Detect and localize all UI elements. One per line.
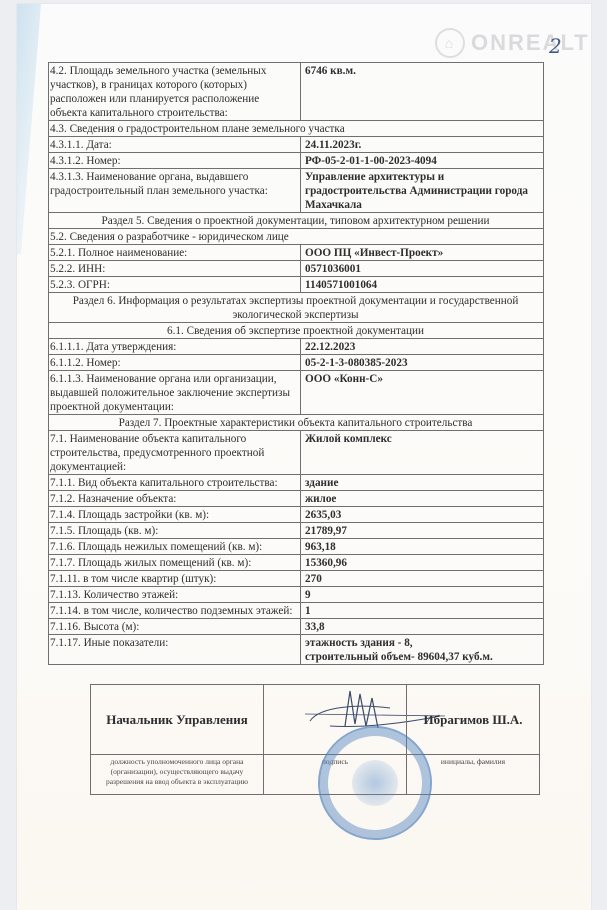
section-heading: 6.1. Сведения об экспертизе проектной до… [49, 323, 544, 339]
table-row: 5.2.3. ОГРН:1140571001064 [49, 277, 544, 293]
row-label: 7.1.6. Площадь нежилых помещений (кв. м)… [49, 539, 301, 555]
table-row: 5.2.1. Полное наименование:ООО ПЦ «Инвес… [49, 245, 544, 261]
table-row: 6.1.1.1. Дата утверждения:22.12.2023 [49, 339, 544, 355]
row-label: 7.1.16. Высота (м): [49, 619, 301, 635]
table-row: 7.1.5. Площадь (кв. м):21789,97 [49, 523, 544, 539]
row-label: 7.1.2. Назначение объекта: [49, 491, 301, 507]
table-row: Раздел 7. Проектные характеристики объек… [49, 415, 544, 431]
watermark: ⌂ ONREALT [435, 28, 590, 58]
row-label: 6.1.1.2. Номер: [49, 355, 301, 371]
row-value: 963,18 [301, 539, 544, 555]
row-label: 6.1.1.1. Дата утверждения: [49, 339, 301, 355]
section-heading: Раздел 7. Проектные характеристики объек… [49, 415, 544, 431]
row-value: 15360,96 [301, 555, 544, 571]
row-label: 4.3.1.1. Дата: [49, 137, 301, 153]
table-row: 4.3.1.3. Наименование органа, выдавшего … [49, 169, 544, 213]
subsection-heading: 5.2. Сведения о разработчике - юридическ… [49, 229, 544, 245]
row-value: ООО ПЦ «Инвест-Проект» [301, 245, 544, 261]
table-row: 7.1. Наименование объекта капитального с… [49, 431, 544, 475]
row-label: 4.2. Площадь земельного участка (земельн… [49, 63, 301, 121]
table-row: 6.1. Сведения об экспертизе проектной до… [49, 323, 544, 339]
row-value: жилое [301, 491, 544, 507]
row-label: 7.1. Наименование объекта капитального с… [49, 431, 301, 475]
row-value: 1 [301, 603, 544, 619]
table-row: Раздел 6. Информация о результатах экспе… [49, 293, 544, 323]
row-value: 05-2-1-3-080385-2023 [301, 355, 544, 371]
permit-details-table: 4.2. Площадь земельного участка (земельн… [48, 62, 544, 665]
table-row: 4.3.1.2. Номер:РФ-05-2-01-1-00-2023-4094 [49, 153, 544, 169]
table-row: 7.1.16. Высота (м):33,8 [49, 619, 544, 635]
row-label: 7.1.4. Площадь застройки (кв. м): [49, 507, 301, 523]
table-row: 4.3. Сведения о градостроительном плане … [49, 121, 544, 137]
table-row: 7.1.6. Площадь нежилых помещений (кв. м)… [49, 539, 544, 555]
table-row: 7.1.14. в том числе, количество подземны… [49, 603, 544, 619]
row-value: здание [301, 475, 544, 491]
signer-name: Ибрагимов Ш.А. [407, 685, 540, 755]
signer-position: Начальник Управления [91, 685, 264, 755]
row-value: 33,8 [301, 619, 544, 635]
row-value: ООО «Конн-С» [301, 371, 544, 415]
row-label: 6.1.1.3. Наименование органа или организ… [49, 371, 301, 415]
table-row: 7.1.2. Назначение объекта:жилое [49, 491, 544, 507]
table-row: 6.1.1.3. Наименование органа или организ… [49, 371, 544, 415]
coat-of-arms-icon [349, 757, 401, 809]
table-row: Раздел 5. Сведения о проектной документа… [49, 213, 544, 229]
row-label: 5.2.3. ОГРН: [49, 277, 301, 293]
row-label: 7.1.14. в том числе, количество подземны… [49, 603, 301, 619]
row-value: 22.12.2023 [301, 339, 544, 355]
table-row: 7.1.11. в том числе квартир (штук):270 [49, 571, 544, 587]
table-row: 5.2. Сведения о разработчике - юридическ… [49, 229, 544, 245]
house-icon: ⌂ [435, 28, 465, 58]
row-value: 6746 кв.м. [301, 63, 544, 121]
row-value: 24.11.2023г. [301, 137, 544, 153]
page-number: 2 [549, 34, 562, 58]
table-row: 6.1.1.2. Номер:05-2-1-3-080385-2023 [49, 355, 544, 371]
table-row: 4.3.1.1. Дата:24.11.2023г. [49, 137, 544, 153]
row-label: 7.1.5. Площадь (кв. м): [49, 523, 301, 539]
row-value: 270 [301, 571, 544, 587]
row-label: 7.1.17. Иные показатели: [49, 635, 301, 665]
table-row: 7.1.4. Площадь застройки (кв. м):2635,03 [49, 507, 544, 523]
row-value: 2635,03 [301, 507, 544, 523]
section-heading: Раздел 5. Сведения о проектной документа… [49, 213, 544, 229]
row-value: Управление архитектуры и градостроительс… [301, 169, 544, 213]
section-heading: Раздел 6. Информация о результатах экспе… [49, 293, 544, 323]
row-value: 0571036001 [301, 261, 544, 277]
subsection-heading: 4.3. Сведения о градостроительном плане … [49, 121, 544, 137]
table-row: 7.1.1. Вид объекта капитального строител… [49, 475, 544, 491]
table-row: 7.1.13. Количество этажей:9 [49, 587, 544, 603]
watermark-text: ONREALT [471, 30, 590, 56]
row-label: 7.1.1. Вид объекта капитального строител… [49, 475, 301, 491]
row-value: этажность здания - 8, строительный объем… [301, 635, 544, 665]
row-label: 5.2.2. ИНН: [49, 261, 301, 277]
row-value: Жилой комплекс [301, 431, 544, 475]
table-row: 4.2. Площадь земельного участка (земельн… [49, 63, 544, 121]
table-row: 5.2.2. ИНН:0571036001 [49, 261, 544, 277]
row-label: 7.1.11. в том числе квартир (штук): [49, 571, 301, 587]
row-value: 1140571001064 [301, 277, 544, 293]
row-label: 7.1.7. Площадь жилых помещений (кв. м): [49, 555, 301, 571]
caption-position: должность уполномоченного лица органа (о… [91, 755, 264, 795]
row-label: 7.1.13. Количество этажей: [49, 587, 301, 603]
row-value: 21789,97 [301, 523, 544, 539]
table-row: 7.1.7. Площадь жилых помещений (кв. м):1… [49, 555, 544, 571]
table-row: 7.1.17. Иные показатели:этажность здания… [49, 635, 544, 665]
row-label: 4.3.1.3. Наименование органа, выдавшего … [49, 169, 301, 213]
row-label: 5.2.1. Полное наименование: [49, 245, 301, 261]
row-label: 4.3.1.2. Номер: [49, 153, 301, 169]
row-value: 9 [301, 587, 544, 603]
signature-block: Начальник Управления Ибрагимов Ш.А. долж… [90, 684, 540, 795]
row-value: РФ-05-2-01-1-00-2023-4094 [301, 153, 544, 169]
